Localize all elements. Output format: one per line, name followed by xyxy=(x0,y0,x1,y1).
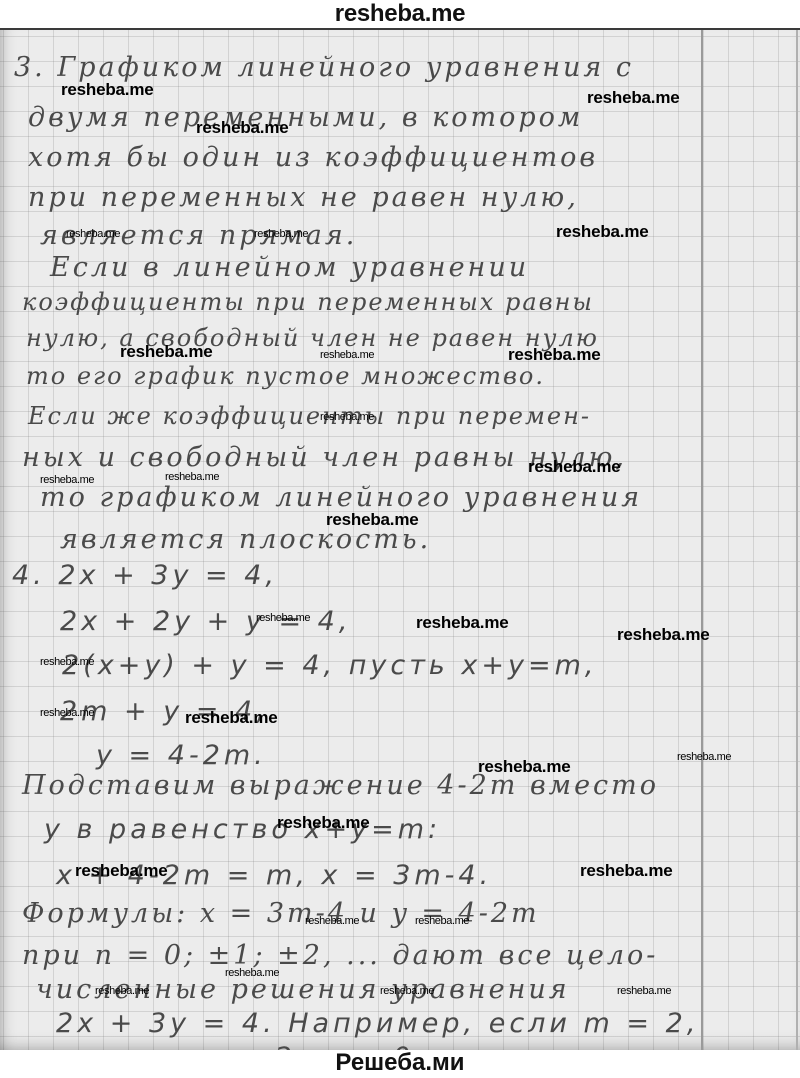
watermark: resheba.me xyxy=(617,625,710,645)
handwritten-line: Если в линейном уравнении xyxy=(50,252,529,283)
notebook-page: 3. Графиком линейного уравнения с двумя … xyxy=(0,28,800,1050)
watermark: resheba.me xyxy=(478,757,571,777)
watermark: resheba.me xyxy=(61,80,154,100)
watermark: resheba.me xyxy=(677,751,731,763)
watermark: resheba.me xyxy=(40,707,94,719)
watermark: resheba.me xyxy=(40,474,94,486)
handwritten-line: 3. Графиком линейного уравнения с xyxy=(14,52,634,83)
handwritten-math: y в равенство x+y=m: xyxy=(44,814,441,845)
handwritten-line: хотя бы один из коэффициентов xyxy=(28,142,598,173)
handwritten-math: y = 4-2m. xyxy=(96,740,267,771)
watermark: resheba.me xyxy=(66,228,120,240)
watermark: resheba.me xyxy=(415,915,469,927)
watermark: resheba.me xyxy=(528,457,621,477)
watermark: resheba.me xyxy=(416,613,509,633)
handwritten-line: коэффициенты при переменных равны xyxy=(22,288,594,316)
handwritten-line: двумя переменными, в котором xyxy=(28,102,583,133)
watermark: resheba.me xyxy=(256,612,310,624)
site-footer: Решеба.ми xyxy=(0,1048,800,1078)
watermark: resheba.me xyxy=(165,471,219,483)
handwritten-line: Если же коэффициенты при перемен- xyxy=(28,402,591,430)
handwritten-line: при n = 0; ±1; ±2, ... дают все цело- xyxy=(22,940,658,971)
watermark: resheba.me xyxy=(587,88,680,108)
handwritten-line: то его график пустое множество. xyxy=(26,362,545,390)
handwritten-math: 2(x+y) + y = 4, пусть x+y=m, xyxy=(62,650,598,681)
watermark: resheba.me xyxy=(196,118,289,138)
watermark: resheba.me xyxy=(320,411,374,423)
handwritten-math: 4. 2x + 3y = 4, xyxy=(12,560,278,591)
handwritten-math: 2x + 3y = 4. Например, если m = 2, xyxy=(56,1008,699,1039)
watermark: resheba.me xyxy=(508,345,601,365)
margin-line xyxy=(701,30,703,1050)
watermark: resheba.me xyxy=(380,985,434,997)
watermark: resheba.me xyxy=(120,342,213,362)
watermark: resheba.me xyxy=(40,656,94,668)
watermark: resheba.me xyxy=(185,708,278,728)
site-header: resheba.me xyxy=(0,0,800,28)
watermark: resheba.me xyxy=(326,510,419,530)
watermark: resheba.me xyxy=(580,861,673,881)
watermark: resheba.me xyxy=(277,813,370,833)
watermark: resheba.me xyxy=(556,222,649,242)
handwritten-line: то графиком линейного уравнения xyxy=(40,482,642,513)
page-edge-line xyxy=(796,30,798,1050)
watermark: resheba.me xyxy=(320,349,374,361)
watermark: resheba.me xyxy=(75,861,168,881)
handwritten-line: при переменных не равен нулю, xyxy=(28,182,579,213)
watermark: resheba.me xyxy=(254,228,308,240)
watermark: resheba.me xyxy=(305,915,359,927)
watermark: resheba.me xyxy=(225,967,279,979)
watermark: resheba.me xyxy=(617,985,671,997)
watermark: resheba.me xyxy=(95,985,149,997)
